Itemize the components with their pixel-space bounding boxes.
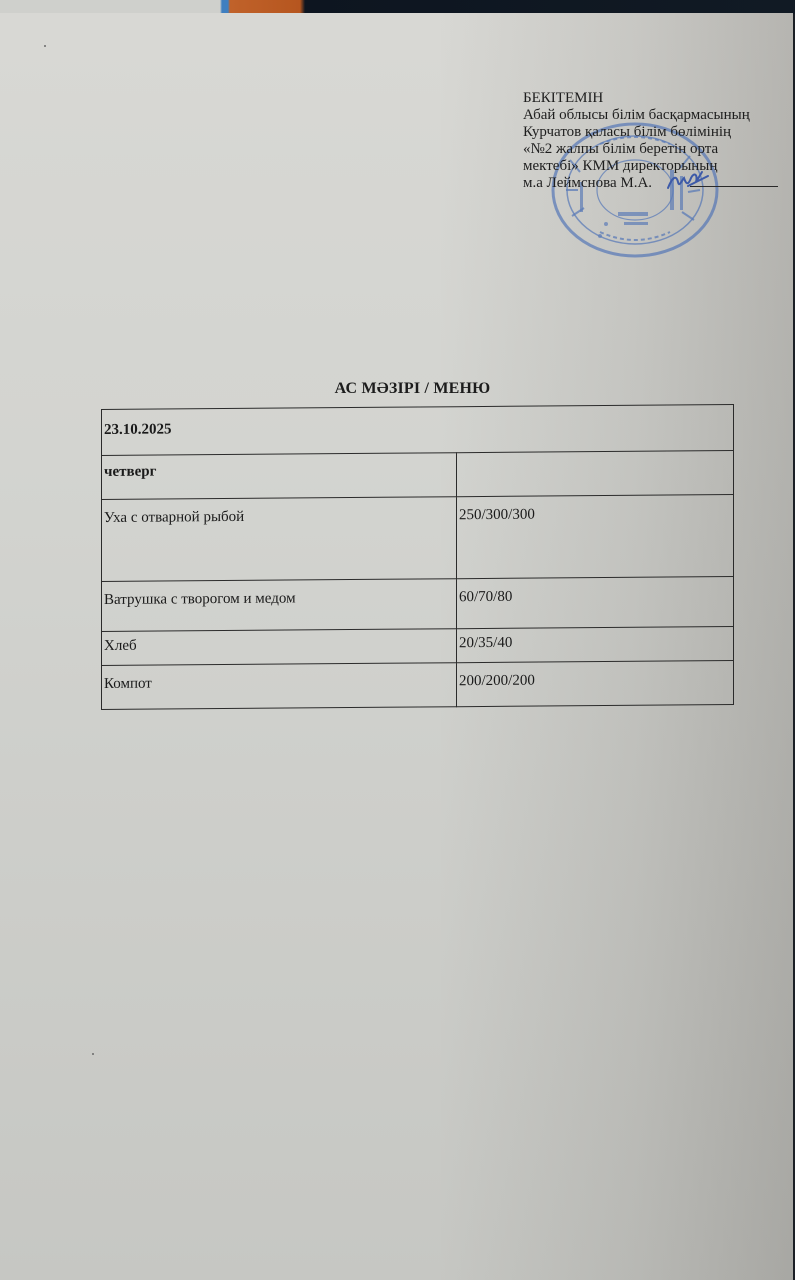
dish-portions: 250/300/300 (457, 495, 734, 579)
approval-line: мектебі» КММ директорының (523, 158, 750, 175)
dish-portions: 20/35/40 (457, 627, 734, 663)
document-title: АС МӘЗІРІ / МЕНЮ (0, 380, 795, 398)
approval-block: БЕКІТЕМІН Абай облысы білім басқармасыны… (523, 90, 750, 192)
dish-portions: 200/200/200 (457, 661, 734, 707)
approval-heading: БЕКІТЕМІН (523, 90, 750, 107)
menu-date: 23.10.2025 (102, 405, 734, 456)
dish-name: Уха с отварной рыбой (102, 497, 457, 582)
approval-line: «№2 жалпы білім беретін орта (523, 141, 750, 158)
handwritten-signature-icon (664, 168, 710, 194)
approval-signer: м.а Леймснова М.А. (523, 175, 750, 192)
photo-background-edge (0, 0, 795, 14)
menu-table: 23.10.2025 четверг Уха с отварной рыбой … (101, 404, 734, 710)
dish-name: Ватрушка с творогом и медом (102, 579, 457, 632)
table-row-weekday: четверг (102, 451, 734, 500)
paper-speck (92, 1053, 94, 1055)
approval-line: Курчатов қаласы білім бөлімінің (523, 124, 750, 141)
table-row: Уха с отварной рыбой 250/300/300 (102, 495, 734, 582)
table-row-date: 23.10.2025 (102, 405, 734, 456)
menu-weekday: четверг (102, 453, 457, 500)
empty-cell (457, 451, 734, 497)
paper-speck (44, 45, 46, 47)
approval-line: Абай облысы білім басқармасының (523, 107, 750, 124)
dish-name: Компот (102, 663, 457, 710)
dish-portions: 60/70/80 (457, 577, 734, 629)
table-row: Ватрушка с творогом и медом 60/70/80 (102, 577, 734, 632)
dish-name: Хлеб (102, 629, 457, 666)
table-row: Хлеб 20/35/40 (102, 627, 734, 666)
table-row: Компот 200/200/200 (102, 661, 734, 710)
